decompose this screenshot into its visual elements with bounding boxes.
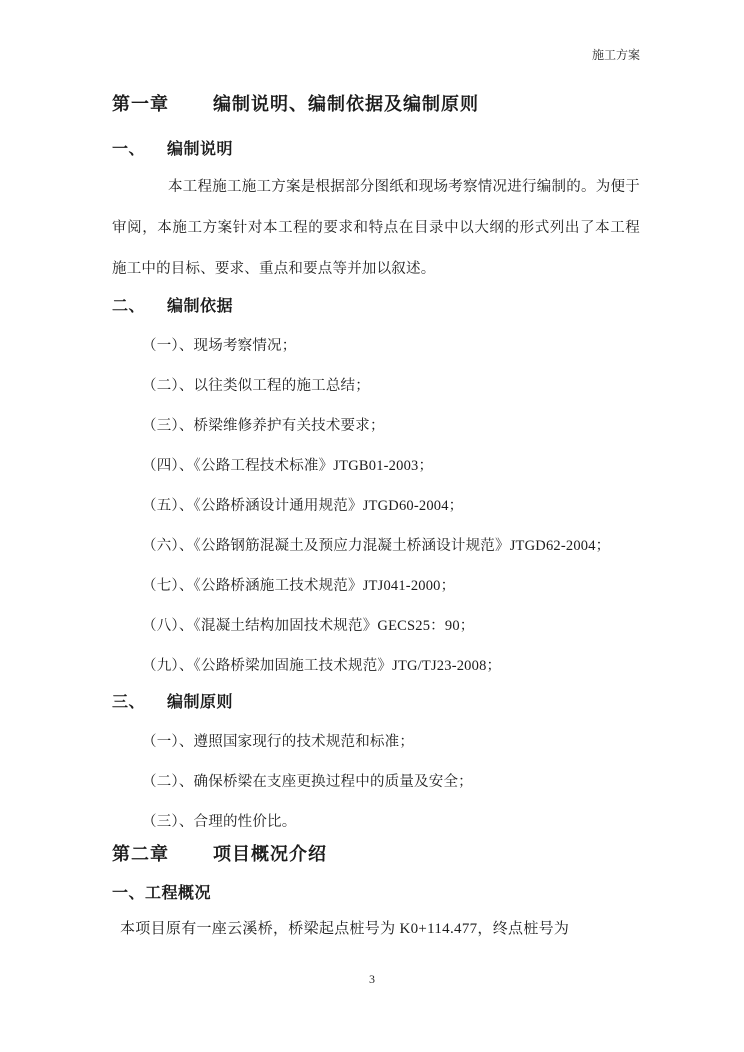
- section1-title: 编制说明: [167, 139, 233, 161]
- document-page: 施工方案 第一章 编制说明、编制依据及编制原则 一、 编制说明 本工程施工施工方…: [0, 0, 744, 1052]
- chapter2-heading: 第二章 项目概况介绍: [112, 842, 640, 867]
- section2-heading: 二、 编制依据: [112, 296, 640, 318]
- section3-number: 三、: [112, 692, 167, 714]
- chapter2-number: 第二章: [112, 842, 169, 867]
- section2-item-list: （一）、现场考察情况； （二）、以往类似工程的施工总结； （三）、桥梁维修养护有…: [112, 326, 640, 686]
- section3-heading: 三、 编制原则: [112, 692, 640, 714]
- section1-number: 一、: [112, 139, 167, 161]
- chapter1-heading: 第一章 编制说明、编制依据及编制原则: [112, 92, 640, 117]
- section3-item-list: （一）、遵照国家现行的技术规范和标准； （二）、确保桥梁在支座更换过程中的质量及…: [112, 722, 640, 842]
- list-item: （七）、《公路桥涵施工技术规范》JTJ041-2000；: [112, 566, 640, 606]
- chapter1-number: 第一章: [112, 92, 169, 117]
- list-item: （一）、现场考察情况；: [112, 326, 640, 366]
- list-item: （五）、《公路桥涵设计通用规范》JTGD60-2004；: [112, 486, 640, 526]
- section2-number: 二、: [112, 296, 167, 318]
- list-item: （四）、《公路工程技术标准》JTGB01-2003；: [112, 446, 640, 486]
- chapter2-title: 项目概况介绍: [213, 842, 327, 867]
- list-item: （二）、确保桥梁在支座更换过程中的质量及安全；: [112, 762, 640, 802]
- section1-heading: 一、 编制说明: [112, 139, 640, 161]
- section3-title: 编制原则: [167, 692, 233, 714]
- list-item: （三）、桥梁维修养护有关技术要求；: [112, 406, 640, 446]
- list-item: （一）、遵照国家现行的技术规范和标准；: [112, 722, 640, 762]
- page-number: 3: [0, 972, 744, 987]
- section2-title: 编制依据: [167, 296, 233, 318]
- section4-paragraph: 本项目原有一座云溪桥，桥梁起点桩号为 K0+114.477，终点桩号为: [112, 917, 640, 941]
- section1-paragraph: 本工程施工施工方案是根据部分图纸和现场考察情况进行编制的。为便于审阅，本施工方案…: [112, 167, 640, 290]
- page-header-label: 施工方案: [112, 48, 640, 62]
- chapter1-title: 编制说明、编制依据及编制原则: [213, 92, 479, 117]
- list-item: （三）、合理的性价比。: [112, 802, 640, 842]
- list-item: （六）、《公路钢筋混凝土及预应力混凝土桥涵设计规范》JTGD62-2004；: [112, 526, 640, 566]
- list-item: （九）、《公路桥梁加固施工技术规范》JTG/TJ23-2008；: [112, 646, 640, 686]
- section4-heading: 一、工程概况: [112, 883, 640, 905]
- list-item: （八）、《混凝土结构加固技术规范》GECS25：90；: [112, 606, 640, 646]
- list-item: （二）、以往类似工程的施工总结；: [112, 366, 640, 406]
